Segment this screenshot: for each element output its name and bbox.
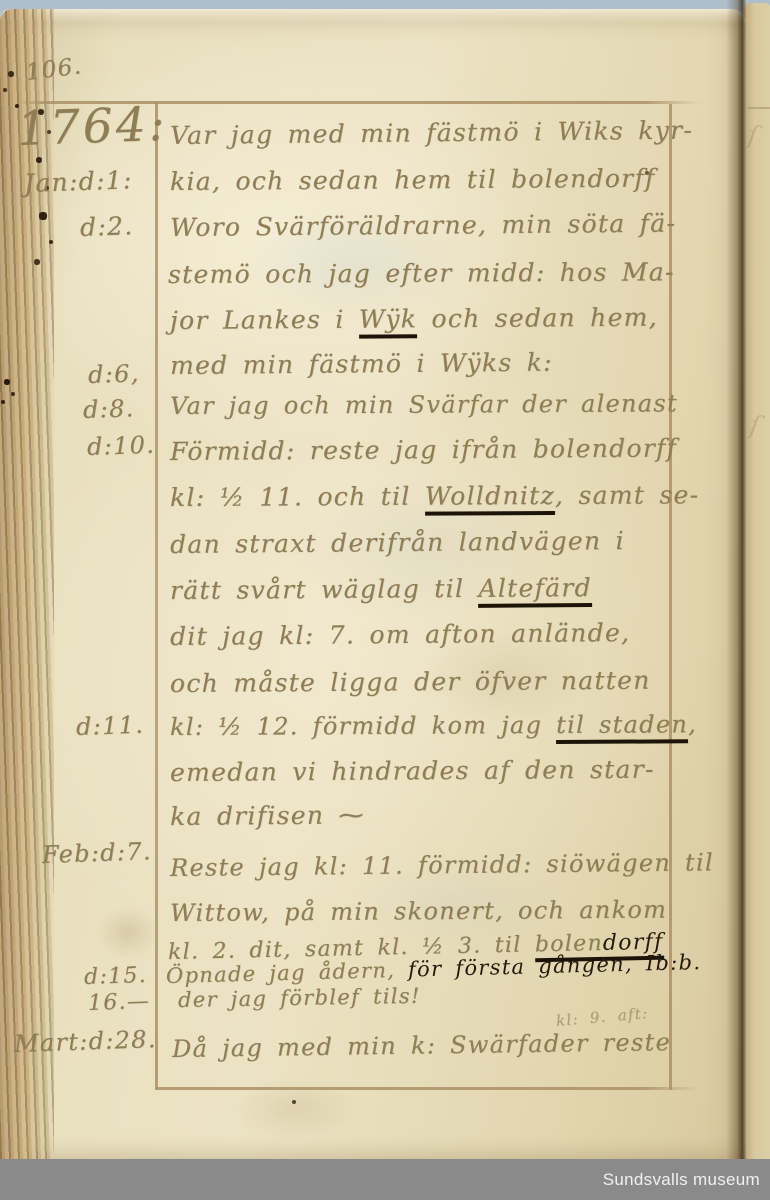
manuscript-line: Var jag med min fästmö i Wiks kyr- (170, 116, 693, 150)
watermark-label: Sundsvalls museum (603, 1159, 760, 1200)
date-entry: d:10. (87, 431, 156, 461)
date-entry: 16.— (88, 989, 151, 1016)
date-entry: d:11. (76, 711, 145, 741)
date-entry: d:6, (88, 359, 141, 389)
manuscript-text: Då jag med min k: Swärfader reste (172, 1028, 671, 1063)
page-fold-crease (726, 0, 746, 1159)
year-heading: 1764: (16, 97, 168, 157)
manuscript-line: ka drifisen ⁓ (170, 800, 365, 831)
manuscript-text: der jag förblef tils! (178, 984, 421, 1012)
manuscript-text: , samt se- (555, 480, 700, 510)
museum-watermark-bar: Sundsvalls museum (0, 1159, 770, 1200)
date-entry: Jan:d:1: (23, 165, 133, 198)
adjacent-page-edge: ſſ (744, 3, 770, 1159)
manuscript-line: rätt svårt wäglag til Altefärd (170, 573, 592, 605)
manuscript-line: jor Lankes i Wÿk och sedan hem, (170, 303, 658, 335)
date-entry: Mart:d:28. (14, 1025, 158, 1058)
manuscript-text: emedan vi hindrades af den star- (170, 755, 655, 787)
date-entry: d:2. (79, 211, 133, 242)
underlined-word: Altefärd (478, 573, 592, 608)
underlined-word: til staden (556, 710, 688, 744)
manuscript-text: med min fästmö i Wÿks k: (170, 348, 553, 380)
paper-stain (96, 907, 160, 959)
frame-rule-right (669, 104, 672, 1090)
page-number: 106. (24, 53, 83, 86)
manuscript-text: och måste ligga der öfver natten (170, 666, 651, 698)
manuscript-text: stemö och jag efter midd: hos Ma- (168, 257, 675, 289)
underlined-word: Wÿk (359, 304, 418, 338)
manuscript-text: kia, och sedan hem til bolendorff (170, 164, 656, 196)
manuscript-text: jor Lankes i (170, 305, 359, 335)
manuscript-text: ka drifisen ⁓ (170, 800, 365, 831)
scanned-diary-photo: ſſ 106. 1764: Jan:d:1:d:2.d:6,d:8.d:10.d… (0, 0, 770, 1200)
manuscript-line: Var jag och min Svärfar der alenast (170, 389, 678, 420)
manuscript-line: kl: ½ 11. och til Wolldnitz, samt se- (170, 480, 700, 512)
manuscript-text: dan straxt derifrån landvägen i (170, 526, 625, 559)
underlined-word: Wolldnitz (425, 481, 555, 516)
manuscript-text: Förmidd: reste jag ifrån bolendorff (170, 433, 677, 466)
manuscript-line: Reste jag kl: 11. förmidd: siöwägen til (170, 848, 714, 882)
ink-specks (0, 9, 2, 11)
manuscript-line: Wittow, på min skonert, och ankom (170, 896, 667, 927)
manuscript-text: , (688, 710, 697, 738)
ghost-writing-mark: ſ (746, 120, 760, 151)
manuscript-line: emedan vi hindrades af den star- (170, 755, 655, 787)
adjacent-page-rule (747, 107, 770, 109)
manuscript-text: Reste jag kl: 11. förmidd: siöwägen til (170, 848, 714, 882)
frame-rule-bottom (156, 1087, 698, 1090)
manuscript-line: Förmidd: reste jag ifrån bolendorff (170, 433, 677, 466)
manuscript-text: kl: ½ 12. förmidd kom jag (170, 711, 556, 741)
manuscript-text: Var jag med min fästmö i Wiks kyr- (170, 116, 693, 150)
manuscript-line: kl: ½ 12. förmidd kom jag til staden, (170, 710, 697, 741)
date-entry: Feb:d:7. (42, 837, 153, 869)
manuscript-line: stemö och jag efter midd: hos Ma- (168, 257, 675, 289)
manuscript-line: och måste ligga der öfver natten (170, 666, 651, 698)
manuscript-text: kl: ½ 11. och til (170, 482, 425, 512)
manuscript-line: Woro Svärföräldrarne, min söta fä- (170, 209, 676, 242)
manuscript-text: Öpnade jag ådern, (166, 958, 409, 988)
manuscript-line: Då jag med min k: Swärfader reste (172, 1028, 671, 1063)
manuscript-line: dit jag kl: 7. om afton anlände, (170, 618, 631, 651)
frame-rule-date-divider (155, 102, 158, 1090)
manuscript-line: dan straxt derifrån landvägen i (170, 526, 625, 559)
manuscript-text: och sedan hem, (417, 303, 658, 334)
diary-page: 106. 1764: Jan:d:1:d:2.d:6,d:8.d:10.d:11… (0, 9, 746, 1159)
ghost-writing-mark: ſ (748, 410, 762, 441)
manuscript-line: kia, och sedan hem til bolendorff (170, 164, 656, 196)
manuscript-line: der jag förblef tils! (178, 984, 421, 1012)
manuscript-text: Wittow, på min skonert, och ankom (170, 896, 667, 927)
manuscript-text: dit jag kl: 7. om afton anlände, (170, 618, 631, 651)
marginal-annotation: kl: 9. aft: (555, 1004, 649, 1030)
manuscript-text: Woro Svärföräldrarne, min söta fä- (170, 209, 676, 242)
date-entry: d:15. (84, 963, 148, 990)
date-entry: d:8. (83, 394, 136, 424)
manuscript-line: med min fästmö i Wÿks k: (170, 348, 553, 380)
manuscript-text: Var jag och min Svärfar der alenast (170, 389, 678, 420)
manuscript-text: rätt svårt wäglag til (170, 574, 479, 605)
